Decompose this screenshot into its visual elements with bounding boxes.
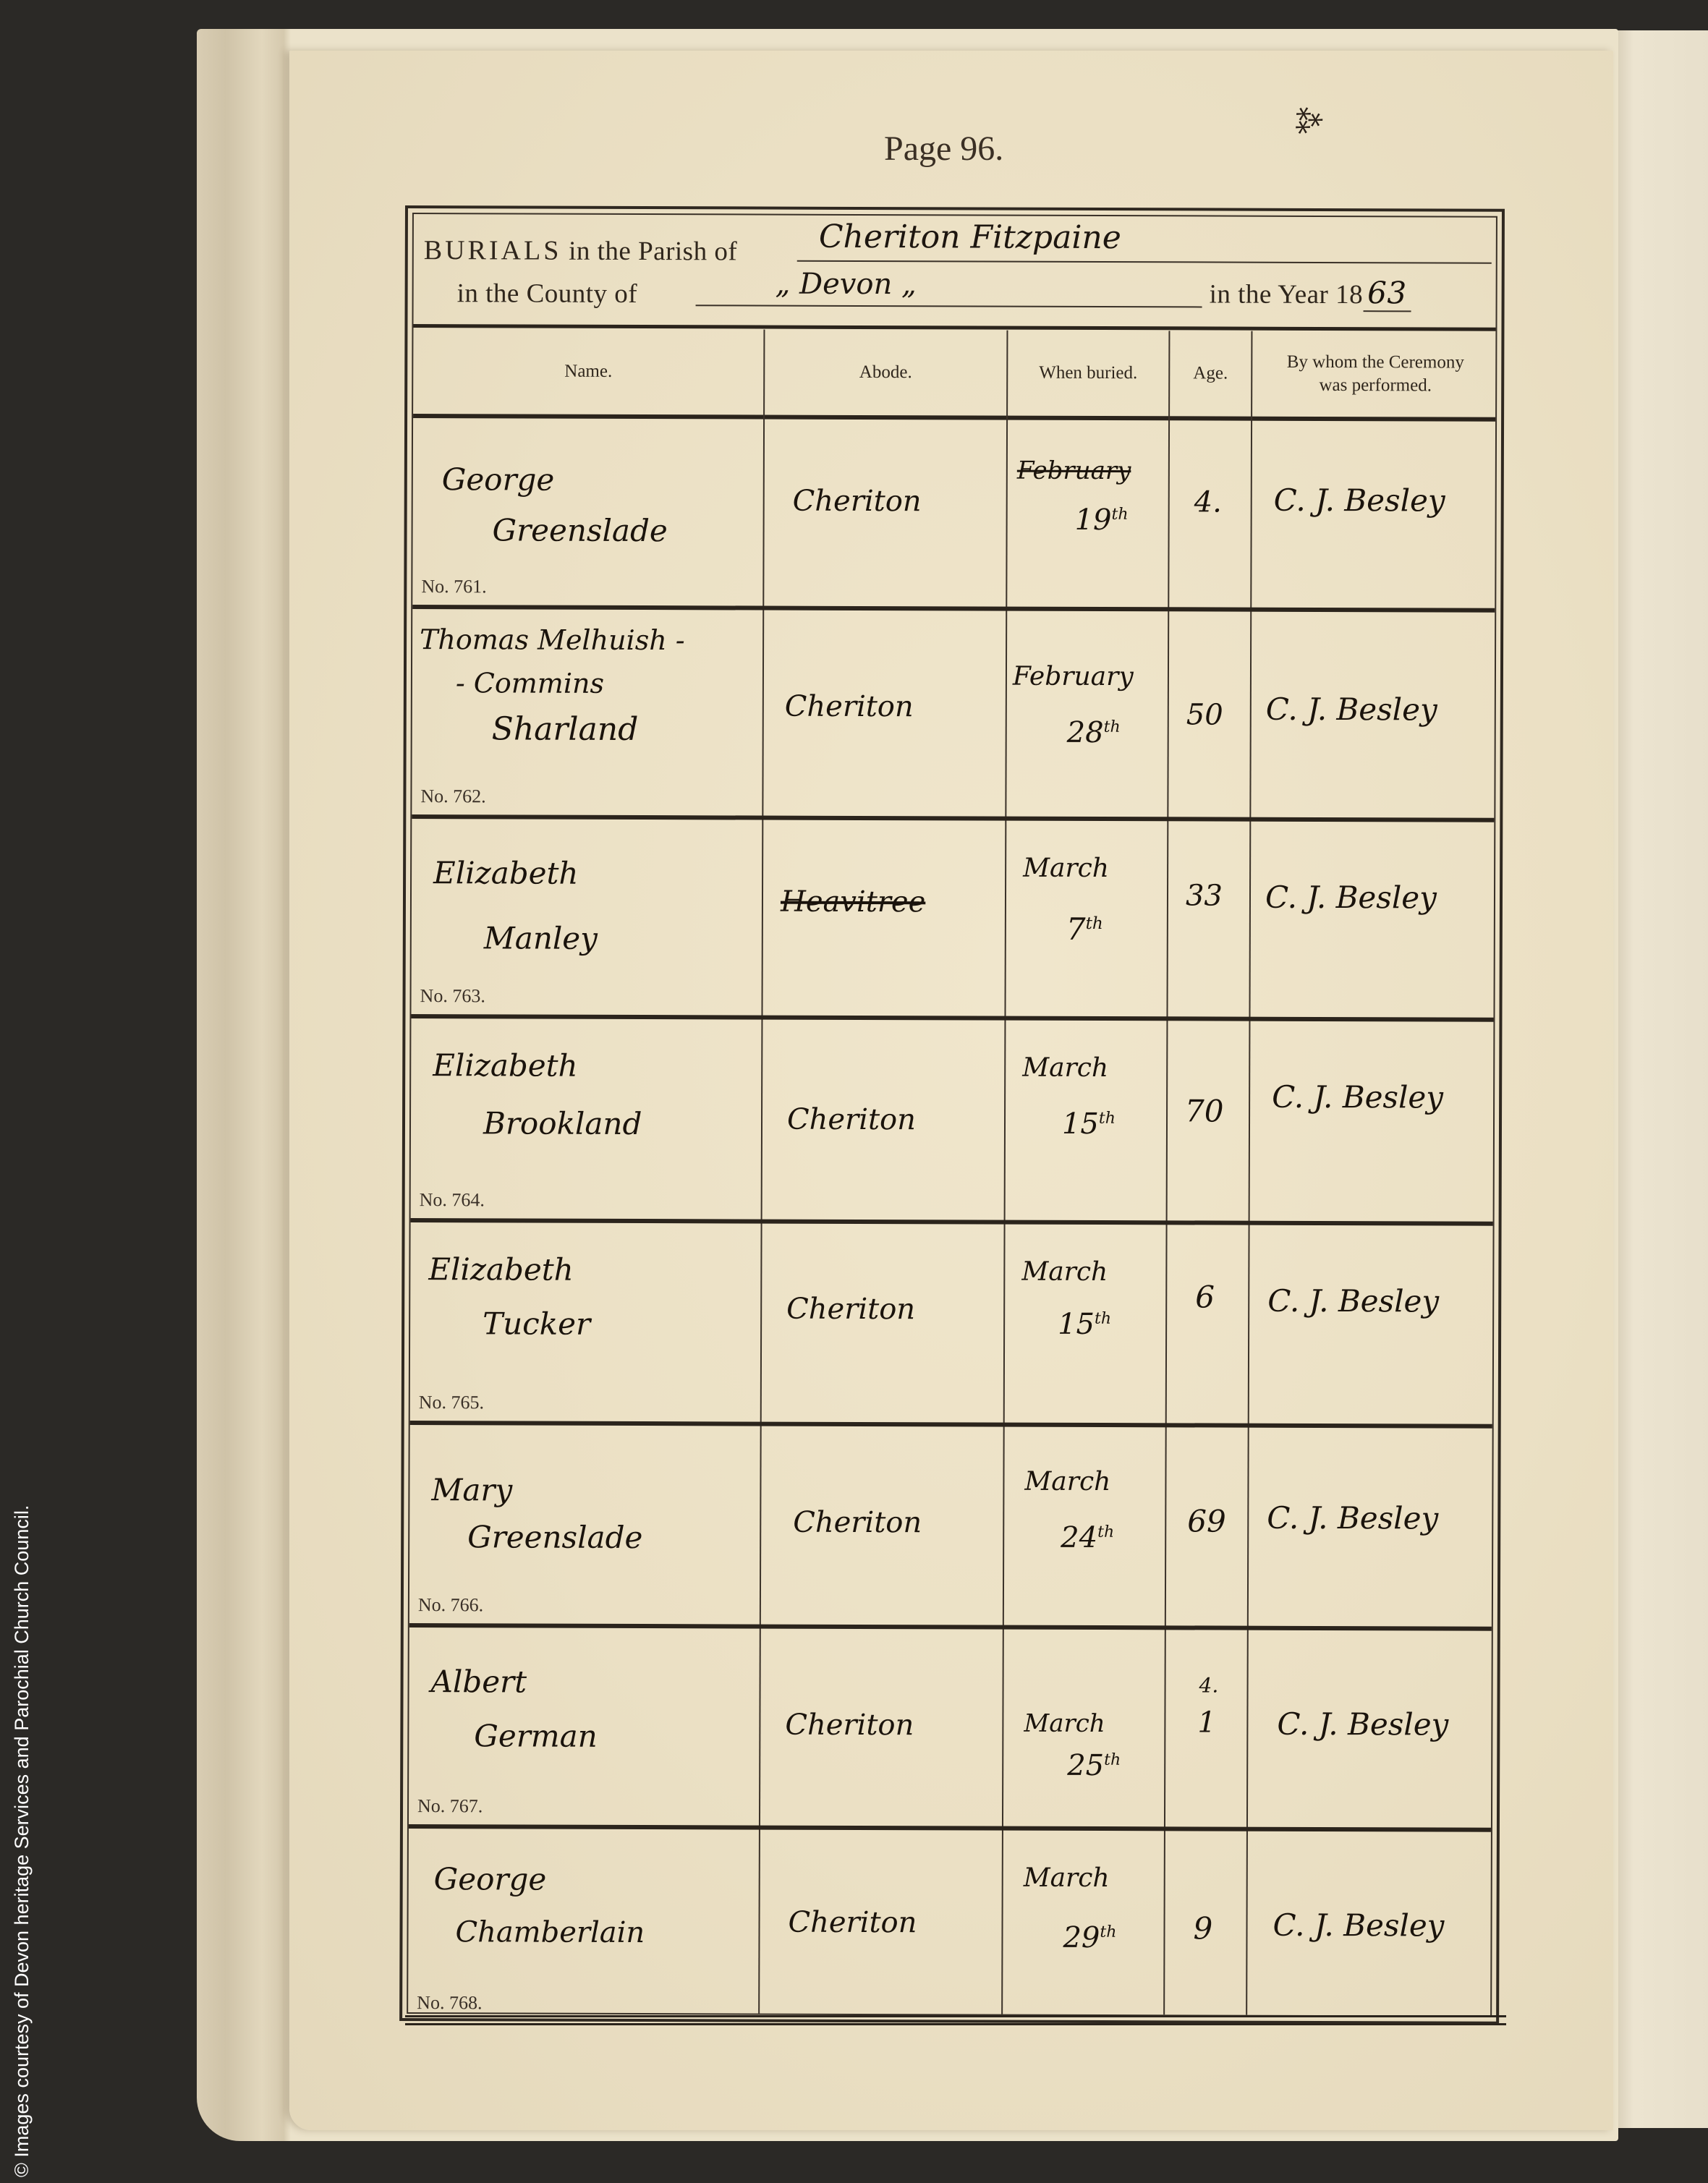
county-field: „ Devon „ <box>696 268 1202 307</box>
entry-number: No. 763. <box>420 985 485 1007</box>
column-header-when-buried: When buried. <box>1008 331 1168 417</box>
column-header-age: Age. <box>1170 331 1251 416</box>
parish-line: BURIALS in the Parish of <box>424 234 738 267</box>
entry-abode: Cheriton <box>786 1293 915 1327</box>
entry-age: 6 <box>1195 1279 1215 1314</box>
column-header-row: Name. Abode. When buried. Age. By whom t… <box>413 328 1495 422</box>
entry-abode: Cheriton <box>785 1708 914 1742</box>
county-label: in the County of <box>457 278 638 310</box>
entry-officiant: C. J. Besley <box>1272 1079 1443 1115</box>
entry-age-unit-note: 4. <box>1199 1673 1219 1697</box>
entry-name-line3: Sharland <box>492 710 639 748</box>
entry-age: 9 <box>1193 1910 1212 1946</box>
entry-number: No. 764. <box>420 1189 485 1211</box>
entry-burial-month: March <box>1023 854 1109 883</box>
entry-name-line2: Chamberlain <box>455 1915 645 1949</box>
entry-age: 50 <box>1186 698 1223 731</box>
entry-burial-month: February <box>1017 456 1131 485</box>
entry-burial-month: March <box>1022 1053 1108 1083</box>
entry-officiant: C. J. Besley <box>1265 880 1437 916</box>
entry-officiant: C. J. Besley <box>1274 482 1445 519</box>
burial-entry: Albert German No. 767. Cheriton March 25… <box>409 1627 1492 1832</box>
officiant-header-line1: By whom the Ceremony <box>1287 351 1464 375</box>
register-title-block: BURIALS in the Parish of Cheriton Fitzpa… <box>413 214 1495 331</box>
entry-name-line2: Tucker <box>483 1306 590 1341</box>
entry-name-line1: Elizabeth <box>428 1251 574 1288</box>
burial-entry: Elizabeth Tucker No. 765. Cheriton March… <box>410 1222 1493 1429</box>
entry-number: No. 768. <box>417 1992 482 2014</box>
burial-entry: Thomas Melhuish - - Commins Sharland No.… <box>412 609 1495 822</box>
entry-name-line2: German <box>474 1718 598 1754</box>
year-value: 63 <box>1363 275 1411 312</box>
entry-burial-month: March <box>1024 1863 1110 1893</box>
entry-number: No. 761. <box>421 576 486 597</box>
entry-officiant: C. J. Besley <box>1272 1907 1444 1944</box>
burial-register-table: BURIALS in the Parish of Cheriton Fitzpa… <box>399 205 1505 2025</box>
entry-name-line1: George <box>434 1861 547 1897</box>
entry-burial-day: 25th <box>1067 1749 1121 1782</box>
entry-name-line2: Manley <box>484 920 598 956</box>
column-header-officiant: By whom the Ceremony was performed. <box>1252 331 1498 417</box>
entry-name-line2: - Commins <box>456 667 604 699</box>
entry-burial-day: 19th <box>1075 503 1129 537</box>
entry-name-line2: Greenslade <box>493 512 668 548</box>
entry-abode: Cheriton <box>793 485 922 519</box>
entry-burial-month: March <box>1024 1709 1105 1738</box>
entry-age: 4. <box>1194 485 1222 519</box>
burials-heading: BURIALS <box>424 235 562 266</box>
entry-age: 33 <box>1186 879 1223 912</box>
entry-age: 70 <box>1185 1093 1224 1128</box>
burial-entry: Mary Greenslade No. 766. Cheriton March … <box>409 1425 1492 1631</box>
entry-burial-day: 24th <box>1061 1521 1114 1554</box>
burial-entry: George Greenslade No. 761. Cheriton Febr… <box>412 418 1495 613</box>
entry-number: No. 765. <box>419 1392 484 1413</box>
entry-age: 1 <box>1197 1706 1216 1739</box>
entry-officiant: C. J. Besley <box>1266 692 1437 728</box>
entry-name-line1: Elizabeth <box>433 855 579 891</box>
officiant-header-line2: was performed. <box>1319 374 1432 397</box>
burial-entry: George Chamberlain No. 768. Cheriton Mar… <box>408 1829 1491 2025</box>
entry-name-line2: Brookland <box>483 1105 642 1141</box>
parish-field: Cheriton Fitzpaine <box>797 221 1492 264</box>
entry-name-line1: George <box>442 461 555 497</box>
entry-name-line1: Albert <box>431 1664 527 1699</box>
burial-entry: Elizabeth Brookland No. 764. Cheriton Ma… <box>411 1018 1494 1226</box>
entry-burial-month: March <box>1024 1467 1110 1497</box>
parish-label: in the Parish of <box>569 237 737 267</box>
entry-burial-day: 15th <box>1058 1308 1111 1341</box>
entry-burial-month: February <box>1013 662 1134 692</box>
entry-abode: Cheriton <box>788 1906 917 1940</box>
burial-entry: Elizabeth Manley No. 763. Heavitree Marc… <box>411 819 1494 1022</box>
entry-abode: Cheriton <box>785 690 914 724</box>
entry-burial-day: 28th <box>1067 716 1121 749</box>
entry-name-line1: Thomas Melhuish - <box>420 624 685 656</box>
entry-officiant: C. J. Besley <box>1267 1500 1438 1536</box>
county-value: „ Devon „ <box>776 268 917 302</box>
column-header-name: Name. <box>413 328 763 415</box>
entry-age: 69 <box>1187 1503 1226 1539</box>
entry-burial-day: 15th <box>1062 1107 1116 1141</box>
entry-abode: Cheriton <box>793 1506 922 1540</box>
entry-number: No. 766. <box>418 1594 483 1616</box>
entry-burial-day: 29th <box>1063 1921 1116 1954</box>
table-bottom-rule <box>405 2015 1506 2025</box>
entry-officiant: C. J. Besley <box>1277 1706 1448 1742</box>
entry-name-line2: Greenslade <box>467 1519 642 1555</box>
entry-abode: Heavitree <box>781 885 925 919</box>
parish-value: Cheriton Fitzpaine <box>819 218 1121 256</box>
facing-page-edge <box>1610 30 1708 2128</box>
entry-burial-day: 7th <box>1066 911 1103 947</box>
page-number: Page 96. <box>884 129 1003 169</box>
entry-number: No. 762. <box>420 786 485 807</box>
year-line: in the Year 1863 <box>1210 274 1411 310</box>
entry-number: No. 767. <box>417 1795 483 1817</box>
year-label: in the Year 18 <box>1210 279 1364 310</box>
entry-name-line1: Mary <box>431 1472 512 1507</box>
entry-name-line1: Elizabeth <box>433 1047 578 1084</box>
copyright-notice: © Images courtesy of Devon heritage Serv… <box>7 1302 36 2177</box>
entry-burial-month: March <box>1021 1257 1108 1287</box>
entry-abode: Cheriton <box>787 1103 916 1137</box>
entry-officiant: C. J. Besley <box>1267 1283 1439 1319</box>
column-header-abode: Abode. <box>765 330 1006 416</box>
